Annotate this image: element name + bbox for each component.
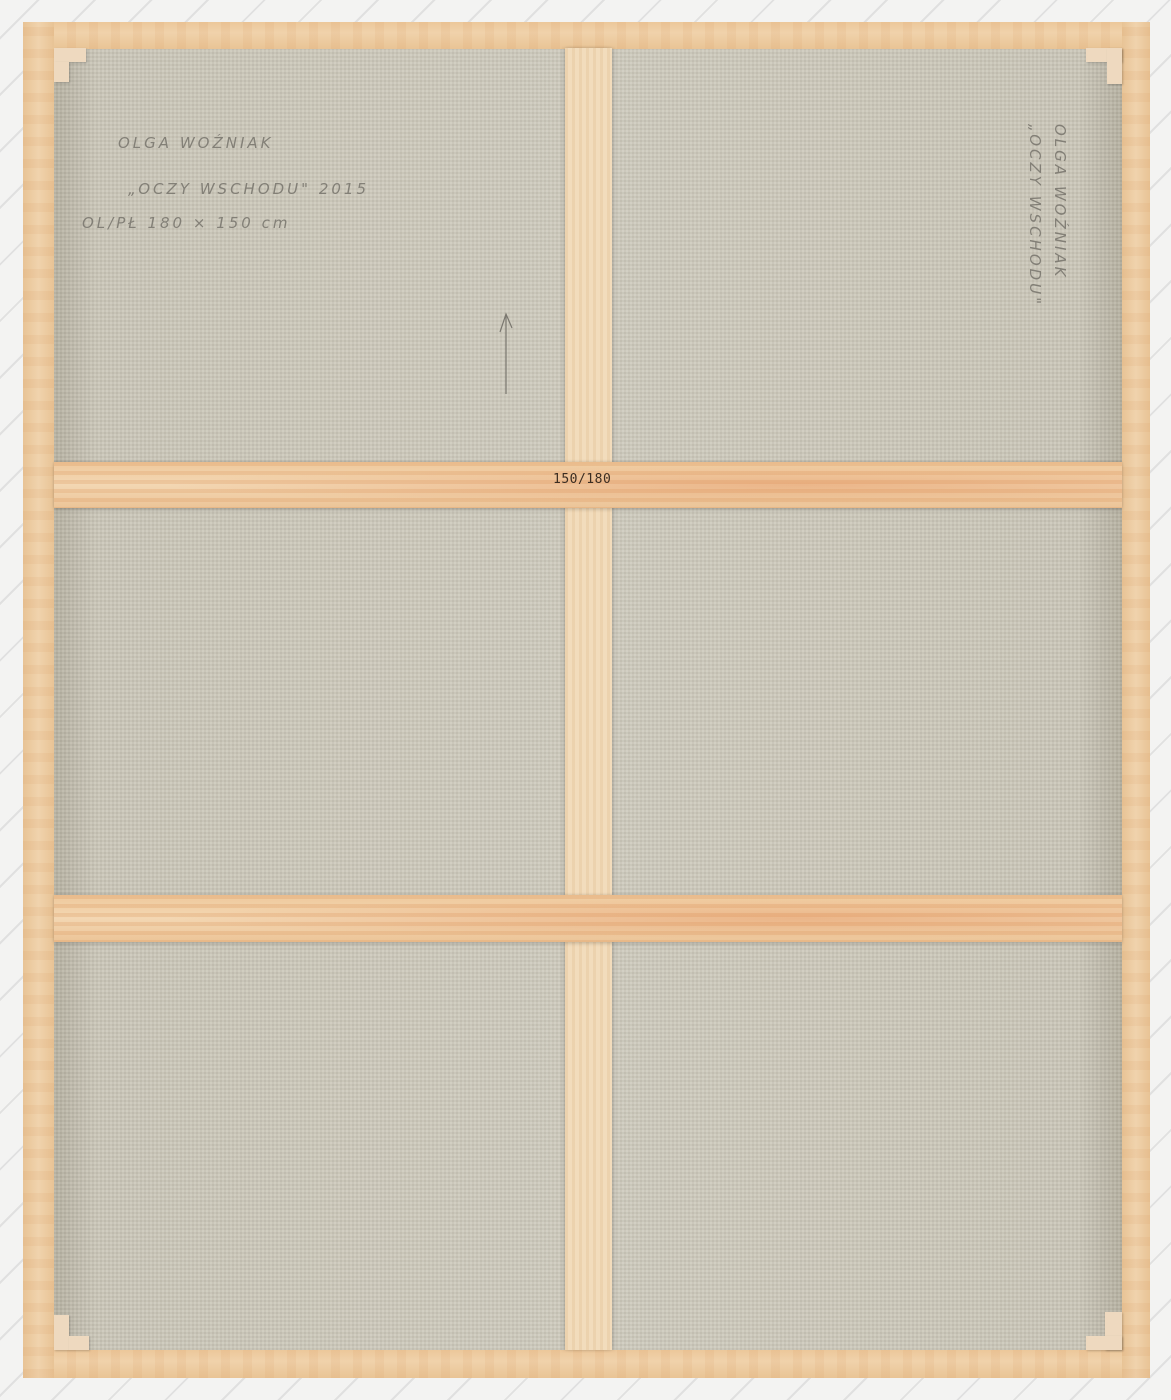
inscription-artist-name-vertical: OLGA WOŹNIAK [1051,124,1069,284]
frame-right-rail [1122,22,1150,1378]
corner-key-tl-b [54,62,69,82]
inscription-title-vertical: „OCZY WSCHODU" [1026,124,1044,284]
corner-key-br-b [1086,1336,1122,1350]
up-arrow-icon [499,312,513,396]
frame-top-rail [23,22,1150,49]
corner-key-tl-a [54,48,86,62]
corner-key-bl-b [69,1336,89,1350]
inscription-dimensions: OL/PŁ 180 × 150 cm [82,214,290,232]
inscription-title-year: „OCZY WSCHODU" 2015 [128,180,369,198]
size-stamp: 150/180 [553,472,611,487]
center-vertical-bar [565,48,612,1350]
lower-horizontal-bar [54,895,1122,942]
frame-left-rail [23,22,54,1378]
corner-key-bl-a [54,1315,69,1350]
frame-bottom-rail [23,1350,1150,1378]
corner-key-tr-b [1107,48,1122,84]
inscription-artist-name: OLGA WOŹNIAK [118,134,273,152]
